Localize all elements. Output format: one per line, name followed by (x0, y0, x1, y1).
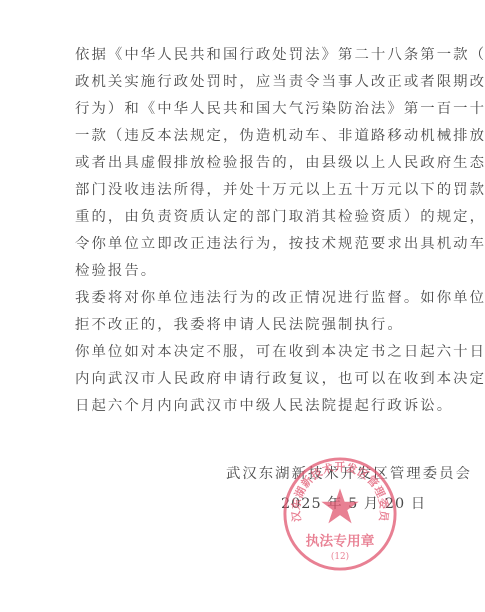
text-line: 行为）和《中华人民共和国大气污染防治法》第一百一十二条第 (43, 96, 446, 123)
text-line: 内向武汉市人民政府申请行政复议，也可以在收到本决定书之 (43, 366, 446, 393)
paragraph-appeal-rights: 你单位如对本决定不服，可在收到本决定书之日起六十日 内向武汉市人民政府申请行政复… (43, 339, 446, 420)
text-line: 依据《中华人民共和国行政处罚法》第二十八条第一款（行 (43, 42, 446, 69)
text-line: 部门没收违法所得，并处十万元以上五十万元以下的罚款；情节严 (43, 177, 446, 204)
text-line: 重的，由负责资质认定的部门取消其检验资质）的规定，我委责 (43, 204, 446, 231)
paragraph-legal-basis: 依据《中华人民共和国行政处罚法》第二十八条第一款（行 政机关实施行政处罚时，应当… (43, 42, 446, 285)
text-line: 检验报告。 (43, 258, 446, 285)
issuer-signature: 武汉东湖新技术开发区管理委员会 (226, 462, 472, 483)
text-line: 令你单位立即改正违法行为，按技术规范要求出具机动车排放 (43, 231, 446, 258)
text-line: 日起六个月内向武汉市中级人民法院提起行政诉讼。 (43, 393, 446, 420)
text-line: 政机关实施行政处罚时，应当责令当事人改正或者限期改正违法 (43, 69, 446, 96)
text-line: 拒不改正的，我委将申请人民法院强制执行。 (43, 312, 446, 339)
text-line: 你单位如对本决定不服，可在收到本决定书之日起六十日 (43, 339, 446, 366)
text-line: 我委将对你单位违法行为的改正情况进行监督。如你单位 (43, 285, 446, 312)
issue-date: 2025 年 5 月 20 日 (281, 492, 426, 513)
seal-center-text: 执法专用章 (306, 532, 375, 549)
seal-number: (12) (331, 551, 349, 562)
text-line: 一款（违反本法规定，伪造机动车、非道路移动机械排放检验结果 (43, 123, 446, 150)
decision-document-body: 依据《中华人民共和国行政处罚法》第二十八条第一款（行 政机关实施行政处罚时，应当… (43, 42, 446, 420)
text-line: 或者出具虚假排放检验报告的，由县级以上人民政府生态环境主管 (43, 150, 446, 177)
paragraph-supervision: 我委将对你单位违法行为的改正情况进行监督。如你单位 拒不改正的，我委将申请人民法… (43, 285, 446, 339)
